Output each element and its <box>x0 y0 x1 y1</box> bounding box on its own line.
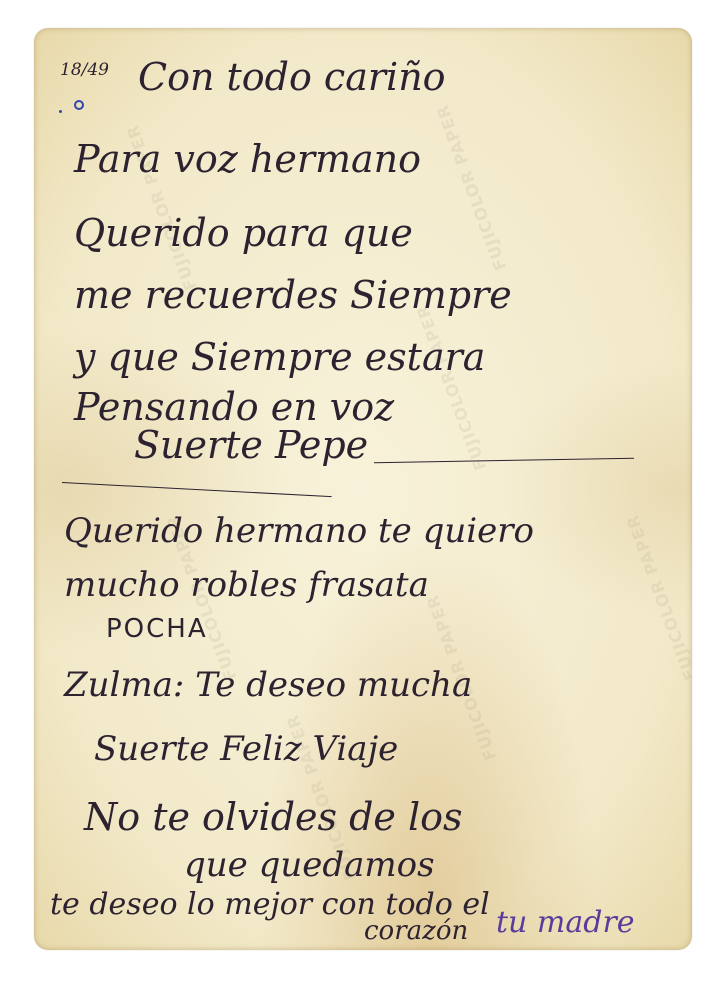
message-line: me recuerdes Siempre <box>74 276 512 314</box>
message-line: corazón <box>364 918 468 944</box>
message-line: Querido hermano te quiero <box>64 514 534 548</box>
blue-ink-mark <box>74 100 84 110</box>
signature-pocha: POCHA <box>106 616 208 642</box>
signature-pepe: Suerte Pepe <box>134 426 368 464</box>
message-line: Zulma: Te deseo mucha <box>64 668 472 702</box>
reference-number: 18/49 <box>60 62 109 79</box>
message-line: y que Siempre estara <box>74 338 485 376</box>
watermark: FUJICOLOR PAPER <box>623 512 692 683</box>
message-line: que quedamos <box>184 848 435 882</box>
message-line: Para voz hermano <box>74 140 421 178</box>
message-line: Pensando en voz <box>74 388 394 426</box>
divider-line <box>62 482 332 497</box>
signature-underline <box>374 458 634 464</box>
message-line: mucho robles frasata <box>64 568 429 602</box>
message-line: Con todo cariño <box>138 58 446 96</box>
signature-tu-madre: tu madre <box>496 908 635 938</box>
photo-card-back: FUJICOLOR PAPER FUJICOLOR PAPER FUJICOLO… <box>34 28 692 950</box>
blue-ink-speck <box>59 110 62 113</box>
message-line: Suerte Feliz Viaje <box>94 732 398 766</box>
message-line: Querido para que <box>74 214 413 252</box>
watermark: FUJICOLOR PAPER <box>413 302 491 473</box>
message-line: No te olvides de los <box>84 798 463 836</box>
watermark: FUJICOLOR PAPER <box>433 102 511 273</box>
